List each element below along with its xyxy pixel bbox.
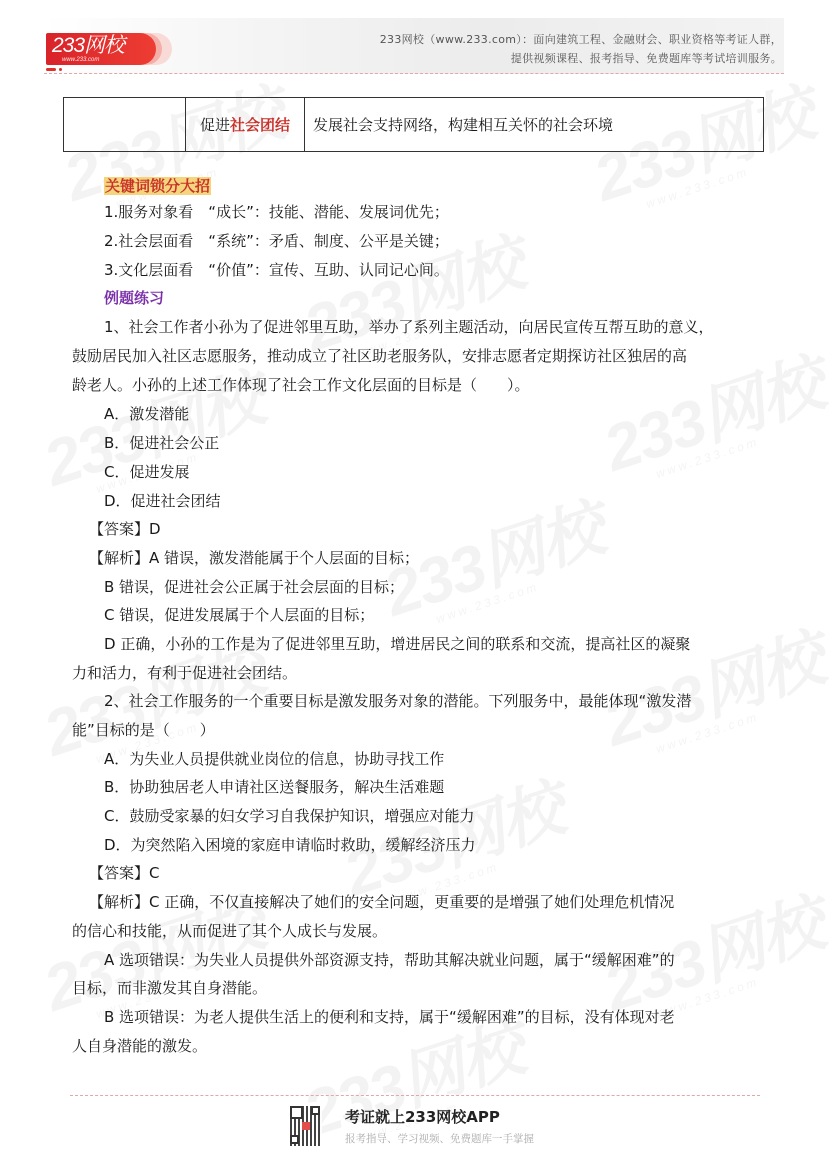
question-analysis: B 选项错误：为老人提供生活上的便利和支持，属于“缓解困难”的目标，没有体现对老	[104, 1007, 804, 1027]
question-analysis: A 选项错误：为失业人员提供外部资源支持，帮助其解决就业问题，属于“缓解困难”的	[104, 950, 804, 970]
tips-item: 2.社会层面看 “系统”：矛盾、制度、公平是关键；	[104, 231, 804, 251]
question-option: D．促进社会团结	[104, 491, 804, 511]
qr-code-icon[interactable]	[290, 1106, 322, 1146]
question-analysis: B 错误，促进社会公正属于社会层面的目标；	[104, 577, 804, 597]
header-divider	[44, 73, 784, 74]
question-analysis: 的信心和技能，从而促进了其个人成长与发展。	[72, 921, 772, 941]
watermark: 233网校www.233.com	[31, 348, 274, 509]
tagline-line-1: 233网校（www.233.com）：面向建筑工程、金融财会、职业资格等考证人群…	[380, 30, 782, 49]
table-cell-goal: 促进社会团结	[186, 98, 305, 152]
footer-app-subtitle: 报考指导、学习视频、免费题库一手掌握	[345, 1131, 534, 1146]
question-analysis: D 正确，小孙的工作是为了促进邻里互助，增进居民之间的联系和交流，提高社区的凝聚	[104, 634, 804, 654]
qr-corner-icon	[311, 1106, 320, 1115]
question-analysis: C 错误，促进发展属于个人层面的目标；	[104, 605, 804, 625]
footer-divider	[70, 1095, 760, 1096]
question-analysis: 【解析】C 正确，不仅直接解决了她们的安全问题，更重要的是增强了她们处理危机情况	[89, 892, 789, 912]
question-answer: 【答案】D	[89, 519, 789, 539]
question-analysis: 力和活力，有利于促进社会团结。	[72, 663, 772, 683]
question-analysis: 目标，而非激发其自身潜能。	[72, 978, 772, 998]
logo-dash-icon	[46, 68, 56, 71]
tagline-line-2: 提供视频课程、报考指导、免费题库等考试培训服务。	[380, 49, 782, 68]
question-stem: 鼓励居民加入社区志愿服务，推动成立了社区助老服务队，安排志愿者定期探访社区独居的…	[72, 346, 772, 366]
logo-dot-icon	[59, 68, 62, 71]
question-option: A．激发潜能	[104, 404, 804, 424]
question-analysis: 【解析】A 错误，激发潜能属于个人层面的目标；	[89, 548, 789, 568]
footer-app-title: 考证就上233网校APP	[345, 1106, 500, 1127]
logo-text: 233网校	[52, 33, 124, 59]
question-option: C．促进发展	[104, 462, 804, 482]
question-stem: 2、社会工作服务的一个重要目标是激发服务对象的潜能。下列服务中，最能体现“激发潜	[104, 691, 804, 711]
question-option: B．促进社会公正	[104, 433, 804, 453]
question-analysis: 人自身潜能的激发。	[72, 1036, 772, 1056]
question-stem: 龄老人。小孙的上述工作体现了社会工作文化层面的目标是（ ）。	[72, 375, 772, 395]
question-option: B．协助独居老人申请社区送餐服务，解决生活难题	[104, 777, 804, 797]
question-option: C．鼓励受家暴的妇女学习自我保护知识，增强应对能力	[104, 806, 804, 826]
question-answer: 【答案】C	[89, 863, 789, 883]
table-cell-category	[64, 98, 186, 152]
header-tagline: 233网校（www.233.com）：面向建筑工程、金融财会、职业资格等考证人群…	[380, 30, 782, 68]
tips-title-text: 关键词锁分大招	[104, 177, 211, 195]
question-stem: 能”目标的是（ ）	[72, 720, 772, 740]
tips-item: 1.服务对象看 “成长”：技能、潜能、发展词优先；	[104, 202, 804, 222]
goals-table: 促进社会团结 发展社会支持网络，构建相互关怀的社会环境	[63, 97, 764, 152]
table-row: 促进社会团结 发展社会支持网络，构建相互关怀的社会环境	[64, 98, 764, 152]
watermark: 233网校www.233.com	[591, 608, 830, 769]
tips-item: 3.文化层面看 “价值”：宣传、互助、认同记心间。	[104, 260, 804, 280]
logo-url: www.233.com	[62, 57, 99, 63]
question-option: D．为突然陷入困境的家庭申请临时救助，缓解经济压力	[104, 835, 804, 855]
table-cell-description: 发展社会支持网络，构建相互关怀的社会环境	[305, 98, 764, 152]
goal-keyword: 社会团结	[230, 116, 290, 134]
tips-title: 关键词锁分大招	[104, 176, 804, 196]
qr-corner-icon	[290, 1135, 299, 1144]
question-stem: 1、社会工作者小孙为了促进邻里互助，举办了系列主题活动，向居民宣传互帮互助的意义…	[104, 317, 804, 337]
question-option: A．为失业人员提供就业岗位的信息，协助寻找工作	[104, 749, 804, 769]
goal-prefix: 促进	[200, 116, 230, 134]
practice-title: 例题练习	[104, 288, 804, 308]
page-header: 233网校 www.233.com 233网校（www.233.com）：面向建…	[0, 0, 830, 80]
